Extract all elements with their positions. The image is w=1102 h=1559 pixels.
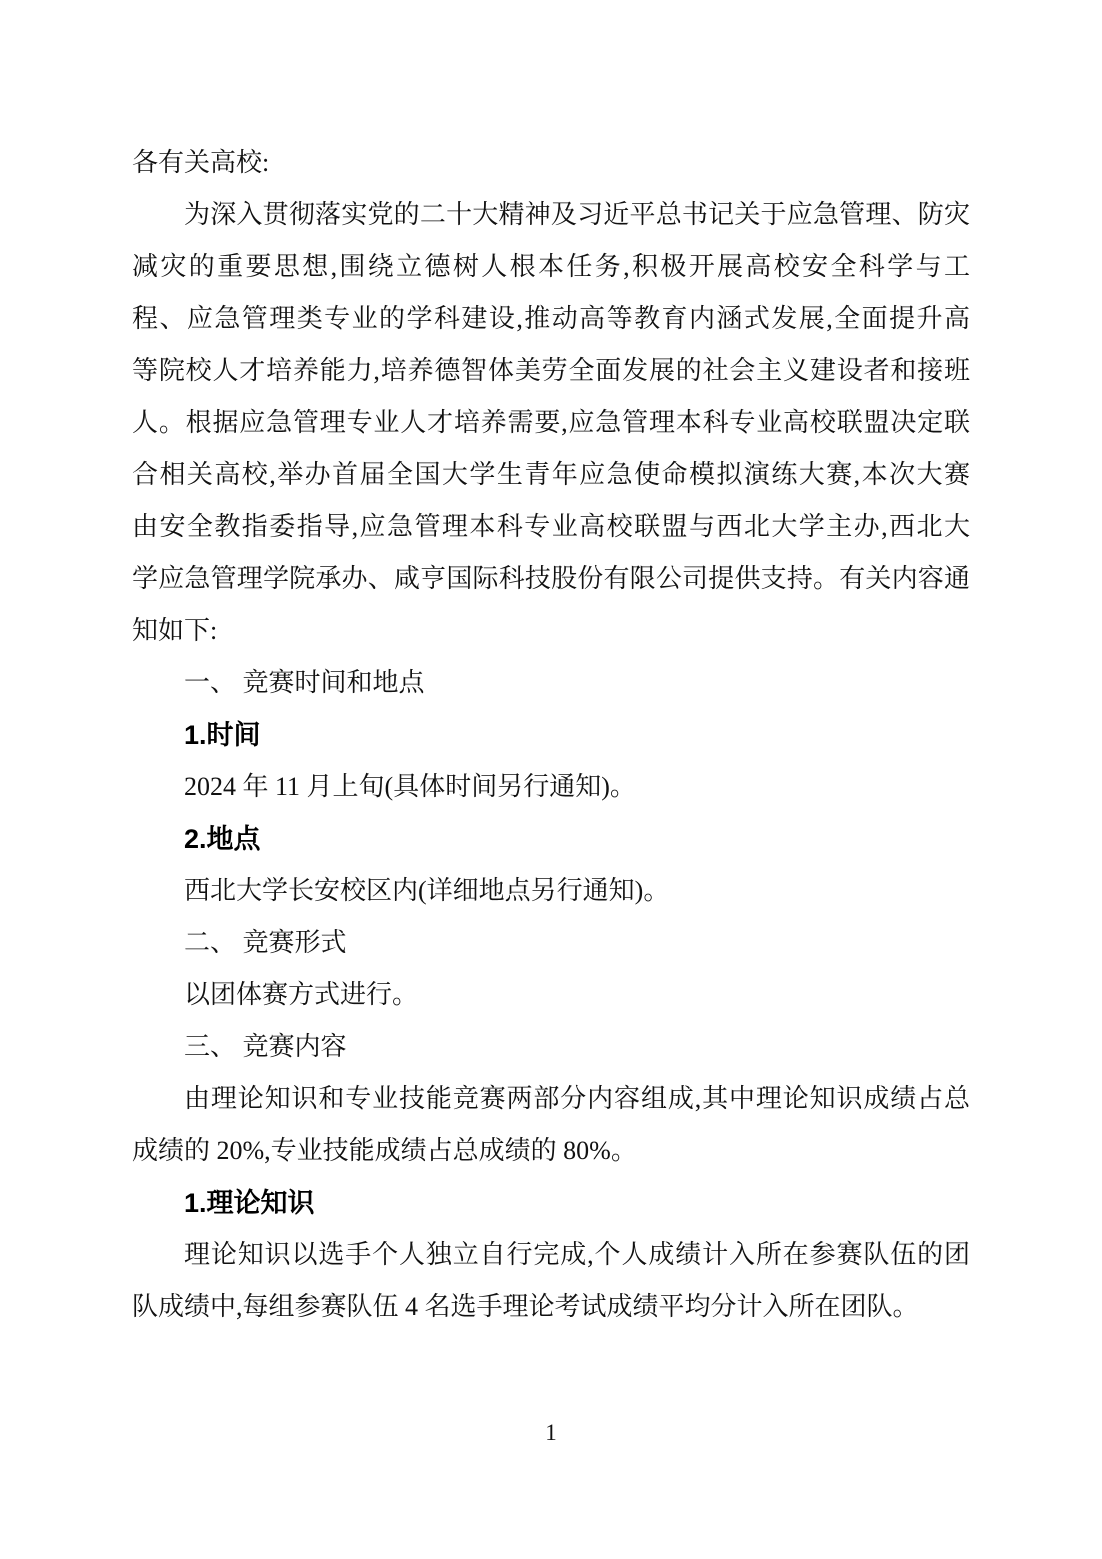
paragraph-line: 学应急管理学院承办、咸亨国际科技股份有限公司提供支持。有关内容通	[132, 553, 970, 605]
paragraph-line: 由理论知识和专业技能竞赛两部分内容组成,其中理论知识成绩占总	[132, 1073, 970, 1125]
subheading-location: 2.地点	[132, 813, 970, 865]
paragraph-line: 合相关高校,举办首届全国大学生青年应急使命模拟演练大赛,本次大赛	[132, 449, 970, 501]
paragraph-line: 人。根据应急管理专业人才培养需要,应急管理本科专业高校联盟决定联	[132, 397, 970, 449]
section-heading-3: 三、 竞赛内容	[132, 1021, 970, 1073]
location-detail: 西北大学长安校区内(详细地点另行通知)。	[132, 865, 970, 917]
section-heading-1: 一、 竞赛时间和地点	[132, 657, 970, 709]
subheading-theory: 1.理论知识	[132, 1177, 970, 1229]
section-heading-2: 二、 竞赛形式	[132, 917, 970, 969]
paragraph-line: 由安全教指委指导,应急管理本科专业高校联盟与西北大学主办,西北大	[132, 501, 970, 553]
page-number: 1	[0, 1418, 1102, 1448]
paragraph-line: 为深入贯彻落实党的二十大精神及习近平总书记关于应急管理、防灾	[132, 189, 970, 241]
salutation-line: 各有关高校:	[132, 137, 970, 189]
document-page: 各有关高校: 为深入贯彻落实党的二十大精神及习近平总书记关于应急管理、防灾 减灾…	[0, 0, 1102, 1559]
document-body: 各有关高校: 为深入贯彻落实党的二十大精神及习近平总书记关于应急管理、防灾 减灾…	[132, 137, 970, 1333]
paragraph-line: 程、应急管理类专业的学科建设,推动高等教育内涵式发展,全面提升高	[132, 293, 970, 345]
format-detail: 以团体赛方式进行。	[132, 969, 970, 1021]
paragraph-line: 减灾的重要思想,围绕立德树人根本任务,积极开展高校安全科学与工	[132, 241, 970, 293]
paragraph-line: 知如下:	[132, 605, 970, 657]
paragraph-line: 理论知识以选手个人独立自行完成,个人成绩计入所在参赛队伍的团	[132, 1229, 970, 1281]
paragraph-line: 成绩的 20%,专业技能成绩占总成绩的 80%。	[132, 1125, 970, 1177]
paragraph-line: 等院校人才培养能力,培养德智体美劳全面发展的社会主义建设者和接班	[132, 345, 970, 397]
subheading-time: 1.时间	[132, 709, 970, 761]
time-detail: 2024 年 11 月上旬(具体时间另行通知)。	[132, 761, 970, 813]
paragraph-line: 队成绩中,每组参赛队伍 4 名选手理论考试成绩平均分计入所在团队。	[132, 1281, 970, 1333]
